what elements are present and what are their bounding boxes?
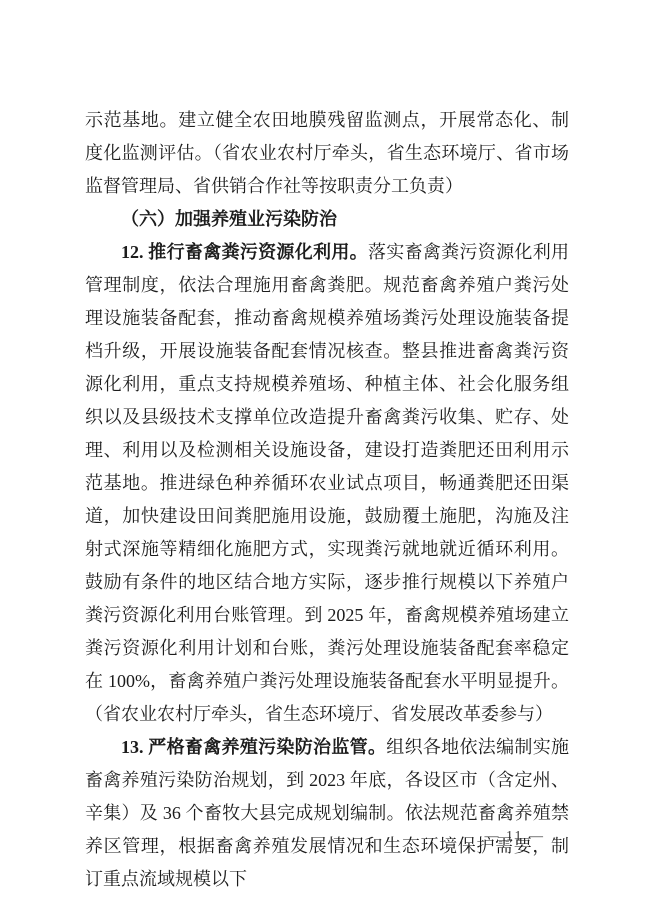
paragraph-continuation: 示范基地。建立健全农田地膜残留监测点，开展常态化、制度化监测评估。（省农业农村厅… — [85, 104, 569, 203]
paragraph-item-12: 12. 推行畜禽粪污资源化利用。落实畜禽粪污资源化利用管理制度，依法合理施用畜禽… — [85, 236, 569, 731]
document-body: 示范基地。建立健全农田地膜残留监测点，开展常态化、制度化监测评估。（省农业农村厅… — [85, 104, 569, 896]
item-12-heading: 12. 推行畜禽粪污资源化利用。 — [121, 242, 368, 262]
document-page: 示范基地。建立健全农田地膜残留监测点，开展常态化、制度化监测评估。（省农业农村厅… — [0, 0, 650, 919]
item-13-heading: 13. 严格畜禽养殖污染防治监管。 — [121, 737, 386, 757]
page-number: — 11 — — [485, 827, 545, 847]
paragraph-item-13: 13. 严格畜禽养殖污染防治监管。组织各地依法编制实施畜禽养殖污染防治规划，到 … — [85, 731, 569, 896]
item-12-text: 落实畜禽粪污资源化利用管理制度，依法合理施用畜禽粪肥。规范畜禽养殖户粪污处理设施… — [85, 242, 569, 724]
item-13-text: 组织各地依法编制实施畜禽养殖污染防治规划，到 2023 年底，各设区市（含定州、… — [85, 737, 569, 889]
section-heading: （六）加强养殖业污染防治 — [85, 203, 569, 236]
